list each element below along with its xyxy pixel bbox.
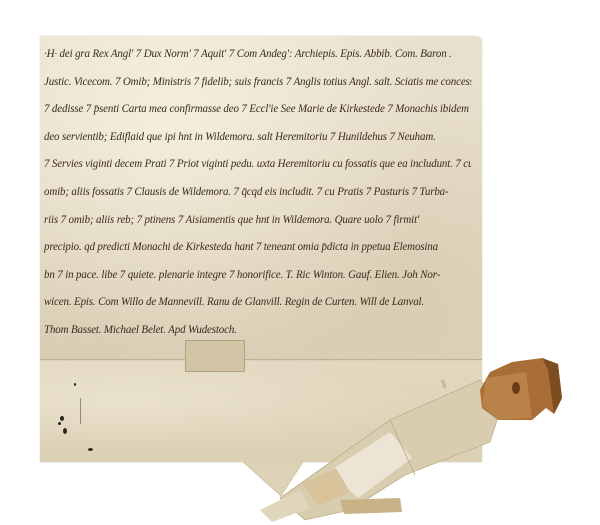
ink-stain	[58, 422, 61, 425]
text-line-5: 7 Servies viginti decem Prati 7 Priot vi…	[44, 151, 471, 179]
text-line-3: 7 dedisse 7 p̄senti Carta mea confirmass…	[44, 96, 471, 124]
charter-text: ·H· dei gra Rex Angl' 7 Dux Norm' 7 Aqui…	[44, 41, 480, 345]
ink-stain	[74, 383, 76, 386]
text-line-7: riis 7 omib; aliis reb; 7 ptinens 7 Aisi…	[44, 207, 471, 235]
text-line-6: omib; aliis fossatis 7 Clausis de Wildem…	[44, 179, 471, 207]
text-line-4: deo servientib; Ediflaid que ipi hnt in …	[44, 124, 471, 152]
text-line-11: Thom Basset. Michael Belet. Apd Wudestoc…	[44, 317, 471, 345]
scratch-mark	[80, 398, 81, 424]
text-line-9: bn 7 in pace. libe 7 quiete. plenarie in…	[44, 262, 471, 290]
text-line-10: wicen. Epis. Com Willo de Mannevill. Ran…	[44, 289, 471, 317]
seal-slit-patch	[185, 340, 245, 372]
text-line-1: ·H· dei gra Rex Angl' 7 Dux Norm' 7 Aqui…	[44, 41, 471, 69]
text-line-8: precipio. qd predicti Monachi de Kirkest…	[44, 234, 471, 262]
seal-wax-remnant	[476, 358, 562, 436]
ink-stain	[60, 416, 64, 421]
ink-stain	[63, 428, 67, 434]
seal-tag	[240, 380, 502, 525]
ink-stain	[88, 448, 93, 451]
text-line-2: Justic. Vicecom. 7 Omib; Ministris 7 fid…	[44, 69, 471, 97]
